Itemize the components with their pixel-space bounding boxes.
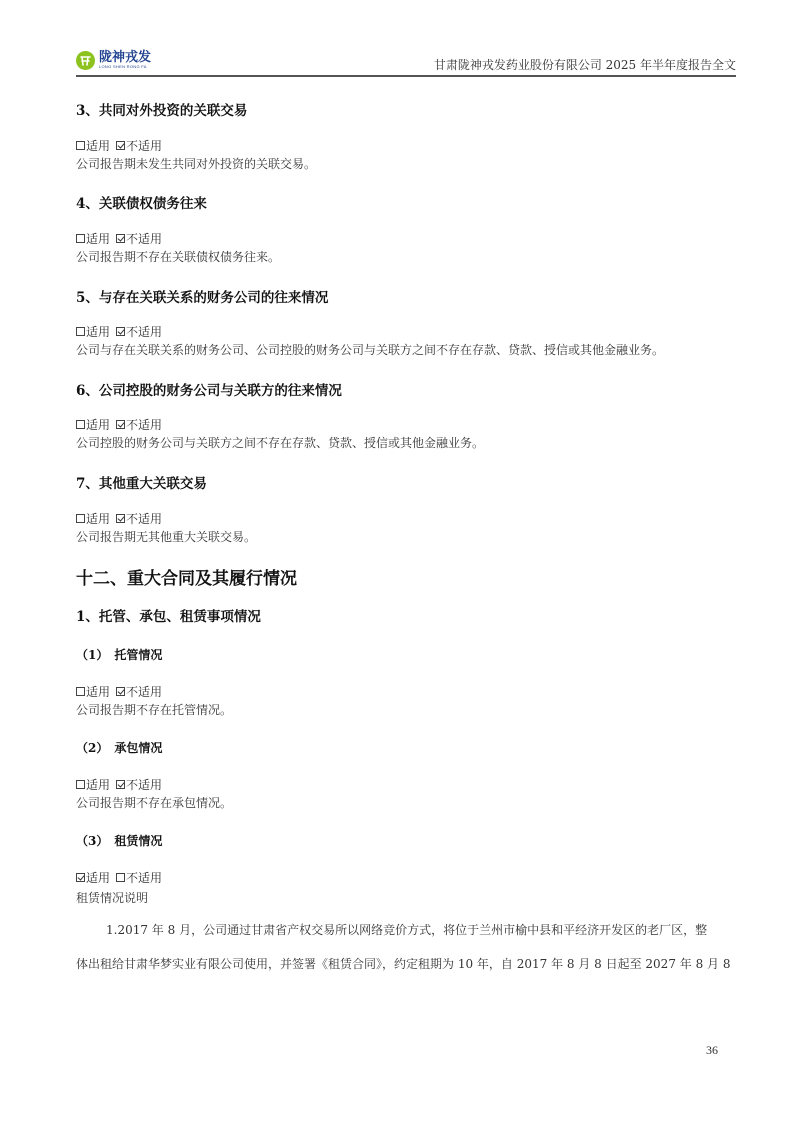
logo-mark-icon <box>76 51 95 70</box>
checkbox-checked-icon <box>116 514 125 523</box>
checkbox-checked-icon <box>116 234 125 243</box>
checkbox-unchecked-icon <box>76 420 85 429</box>
option-label: 适用 <box>86 510 110 527</box>
item-heading: （3） 租赁情况 <box>76 832 162 849</box>
item-text: 公司报告期不存在承包情况。 <box>76 794 232 811</box>
option-label: 不适用 <box>126 323 162 340</box>
company-logo: 陇神戎发 LONG SHEN RONG FA <box>76 48 151 72</box>
paragraph-line: 1.2017 年 8 月，公司通过甘肃省产权交易所以网络竞价方式，将位于兰州市榆… <box>106 921 707 938</box>
chapter-title: 十二、重大合同及其履行情况 <box>76 564 297 589</box>
section-text: 公司报告期未发生共同对外投资的关联交易。 <box>76 155 316 172</box>
checkbox-unchecked-icon <box>76 327 85 336</box>
subsection-heading: 1、托管、承包、租赁事项情况 <box>76 605 261 625</box>
option-label: 适用 <box>86 230 110 247</box>
item-text: 公司报告期不存在托管情况。 <box>76 701 232 718</box>
applicability-options: 适用 不适用 <box>76 776 162 793</box>
option-label: 不适用 <box>126 416 162 433</box>
logo-chinese-text: 陇神戎发 <box>99 51 151 64</box>
option-label: 适用 <box>86 323 110 340</box>
page-number: 36 <box>706 1043 718 1058</box>
checkbox-checked-icon <box>76 873 85 882</box>
option-label: 适用 <box>86 416 110 433</box>
applicability-options: 适用 不适用 <box>76 137 162 154</box>
option-label: 适用 <box>86 683 110 700</box>
option-label: 不适用 <box>126 776 162 793</box>
applicability-options: 适用 不适用 <box>76 510 162 527</box>
checkbox-checked-icon <box>116 327 125 336</box>
page-header: 陇神戎发 LONG SHEN RONG FA 甘肃陇神戎发药业股份有限公司 20… <box>76 48 736 77</box>
checkbox-unchecked-icon <box>76 687 85 696</box>
item-heading: （1） 托管情况 <box>76 646 162 663</box>
logo-english-text: LONG SHEN RONG FA <box>99 65 151 69</box>
section-heading: 3、共同对外投资的关联交易 <box>76 99 247 119</box>
option-label: 不适用 <box>126 683 162 700</box>
checkbox-checked-icon <box>116 420 125 429</box>
section-heading: 4、关联债权债务往来 <box>76 192 207 212</box>
section-text: 公司与存在关联关系的财务公司、公司控股的财务公司与关联方之间不存在存款、贷款、授… <box>76 341 664 358</box>
option-label: 适用 <box>86 137 110 154</box>
item-heading: （2） 承包情况 <box>76 739 162 756</box>
checkbox-unchecked-icon <box>76 780 85 789</box>
option-label: 不适用 <box>126 230 162 247</box>
checkbox-unchecked-icon <box>76 514 85 523</box>
applicability-options: 适用 不适用 <box>76 869 162 886</box>
paragraph-line: 体出租给甘肃华梦实业有限公司使用，并签署《租赁合同》，约定租期为 10 年，自 … <box>76 955 730 972</box>
checkbox-unchecked-icon <box>116 873 125 882</box>
applicability-options: 适用 不适用 <box>76 416 162 433</box>
option-label: 不适用 <box>126 510 162 527</box>
section-text: 公司报告期无其他重大关联交易。 <box>76 528 256 545</box>
applicability-options: 适用 不适用 <box>76 230 162 247</box>
checkbox-checked-icon <box>116 141 125 150</box>
section-text: 公司报告期不存在关联债权债务往来。 <box>76 248 280 265</box>
checkbox-checked-icon <box>116 687 125 696</box>
report-title: 甘肃陇神戎发药业股份有限公司 2025 年半年度报告全文 <box>434 56 736 73</box>
option-label: 适用 <box>86 869 110 886</box>
checkbox-unchecked-icon <box>76 234 85 243</box>
applicability-options: 适用 不适用 <box>76 683 162 700</box>
option-label: 不适用 <box>126 137 162 154</box>
option-label: 不适用 <box>126 869 162 886</box>
applicability-options: 适用 不适用 <box>76 323 162 340</box>
section-heading: 7、其他重大关联交易 <box>76 472 207 492</box>
checkbox-checked-icon <box>116 780 125 789</box>
checkbox-unchecked-icon <box>76 141 85 150</box>
section-heading: 6、公司控股的财务公司与关联方的往来情况 <box>76 379 342 399</box>
item-text: 租赁情况说明 <box>76 889 148 906</box>
section-text: 公司控股的财务公司与关联方之间不存在存款、贷款、授信或其他金融业务。 <box>76 434 484 451</box>
option-label: 适用 <box>86 776 110 793</box>
section-heading: 5、与存在关联关系的财务公司的往来情况 <box>76 286 328 306</box>
